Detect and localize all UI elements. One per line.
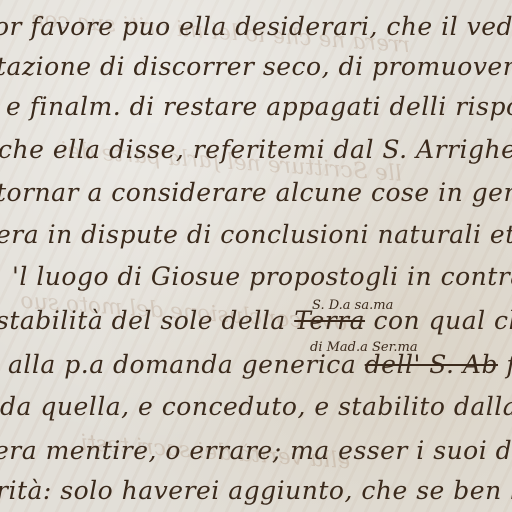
manuscript-line-6: era in dispute di conclusioni naturali e… [0,220,512,249]
manuscript-line-12: rità: solo haverei aggiunto, che se ben … [0,476,512,505]
line-9-text: alla p.a domanda generica [8,350,356,379]
manuscript-line-1: or favore puo ella desiderari, che il ve… [0,12,512,41]
manuscript-line-9: alla p.a domanda generica dell' S. Ab fe… [8,350,512,379]
manuscript-line-2: tazione di discorrer seco, di promuoverg… [0,52,512,81]
manuscript-line-3: e finalm. di restare appagati delli risp… [6,92,512,121]
manuscript-line-10: da quella, e conceduto, e stabilito dall… [0,392,512,421]
line-8-text: stabilità del sole della [0,306,286,335]
line-8-continuation: con qual che [373,306,512,335]
manuscript-line-7: 'l luogo di Giosue propostogli in contra… [12,262,512,291]
line-9-continuation: ferm [506,350,512,379]
manuscript-line-5: tornar a considerare alcune cose in gene… [0,178,512,207]
interlinear-insertion-2: di Mad.a Ser.ma [310,340,418,355]
manuscript-line-4: che ella disse, referitemi dal S. Arrigh… [0,135,512,164]
manuscript-line-11: era mentire, o errare; ma esser i suoi d… [0,436,512,465]
interlinear-insertion-1: S. D.a sa.ma [312,298,393,313]
manuscript-line-8: stabilità del sole della Terra con qual … [0,306,512,335]
